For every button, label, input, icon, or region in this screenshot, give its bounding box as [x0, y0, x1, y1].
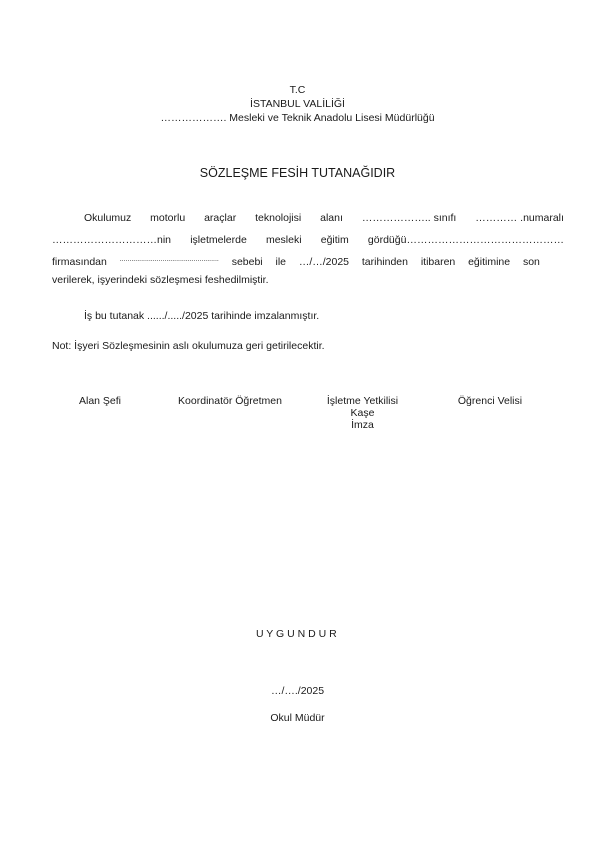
text: gördüğü……………………………………… [368, 234, 564, 246]
header-school: ………………. Mesleki ve Teknik Anadolu Lisesi… [0, 112, 595, 124]
text: işletmelerde [190, 234, 247, 246]
header-tc: T.C [0, 84, 595, 96]
text: Okulumuz [84, 212, 131, 224]
text: itibaren [421, 256, 455, 268]
text: ………… .numaralı [475, 212, 564, 224]
text: motorlu [150, 212, 185, 224]
text: son [523, 256, 540, 268]
text: teknolojisi [255, 212, 301, 224]
text: firmasından [52, 256, 107, 268]
document-title: SÖZLEŞME FESİH TUTANAĞIDIR [0, 166, 595, 180]
approval-signer: Okul Müdür [0, 712, 595, 724]
approval-date: …/…./2025 [0, 685, 595, 697]
text: sebebi [232, 256, 263, 268]
header-valilik: İSTANBUL VALİLİĞİ [0, 98, 595, 110]
stamp-label: Kaşe [305, 407, 420, 419]
text: tarihinden [362, 256, 408, 268]
text: …………………………nin [52, 234, 171, 246]
signature-koordinator: Koordinatör Öğretmen [165, 395, 295, 407]
text: araçlar [204, 212, 236, 224]
signature-isletme: İşletme Yetkilisi Kaşe İmza [305, 395, 420, 431]
body-line-3: firmasından ............................… [52, 256, 540, 268]
signature-alan-sefi: Alan Şefi [60, 395, 140, 407]
text: ........................................… [120, 256, 219, 268]
signing-date-text: İş bu tutanak ....../...../2025 tarihind… [84, 310, 319, 322]
signature-label: İmza [305, 419, 420, 431]
text: ile [275, 256, 286, 268]
text: eğitim [321, 234, 349, 246]
text: …/…/2025 [299, 256, 349, 268]
approval-label: U Y G U N D U R [256, 628, 337, 640]
text: mesleki [266, 234, 302, 246]
text: eğitimine [468, 256, 510, 268]
label: İşletme Yetkilisi [305, 395, 420, 407]
body-line-2: …………………………nin işletmelerde mesleki eğiti… [52, 234, 564, 246]
body-line-1: Okulumuz motorlu araçlar teknolojisi ala… [84, 212, 564, 224]
note-text: Not: İşyeri Sözleşmesinin aslı okulumuza… [52, 340, 325, 352]
signature-veli: Öğrenci Velisi [440, 395, 540, 407]
body-line-4: verilerek, işyerindeki sözleşmesi feshed… [52, 274, 269, 286]
text: ……………….. sınıfı [362, 212, 457, 224]
text: alanı [320, 212, 343, 224]
